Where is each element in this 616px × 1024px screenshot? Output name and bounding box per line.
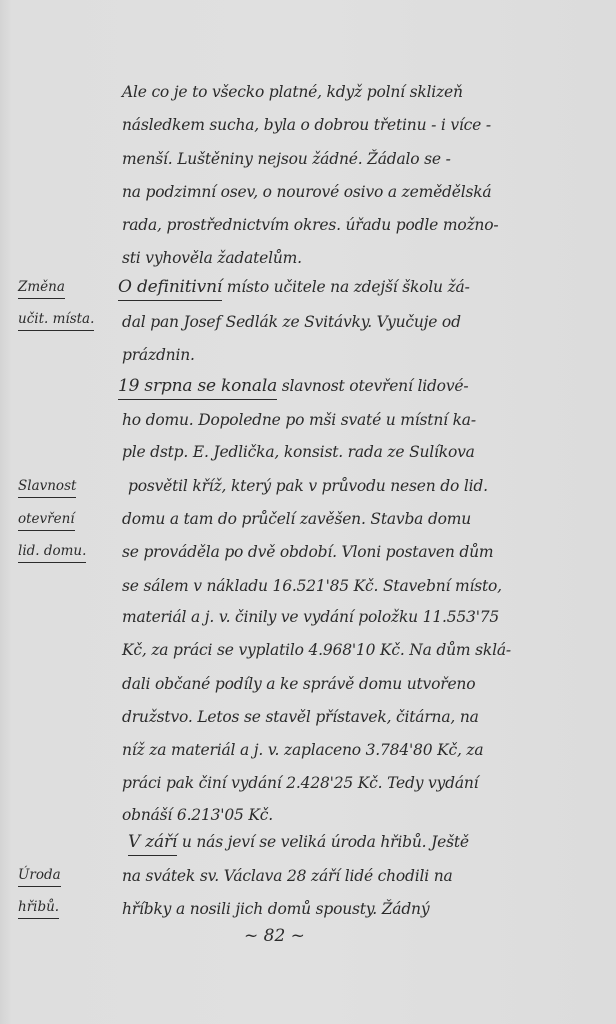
margin-note: Slavnost bbox=[18, 477, 76, 498]
margin-note: Úroda bbox=[18, 866, 61, 887]
margin-note: Změna bbox=[18, 278, 65, 299]
text-line-with-heading: 19 srpna se konala slavnost otevření lid… bbox=[118, 376, 468, 396]
text-line: na svátek sv. Václava 28 září lidé chodi… bbox=[122, 866, 453, 886]
text-continuation: místo učitele na zdejší školu žá- bbox=[222, 278, 470, 296]
text-line: družstvo. Letos se stavěl přístavek, čit… bbox=[122, 707, 479, 727]
page-number: ~ 82 ~ bbox=[244, 926, 305, 946]
text-line: ple dstp. E. Jedlička, konsist. rada ze … bbox=[122, 442, 475, 462]
text-continuation: u nás jeví se veliká úroda hřibů. Ještě bbox=[177, 833, 469, 851]
text-line: Ale co je to všecko platné, když polní s… bbox=[122, 82, 463, 102]
underlined-heading: 19 srpna se konala bbox=[118, 376, 277, 400]
text-line: na podzimní osev, o nourové osivo a země… bbox=[122, 182, 491, 202]
text-line: domu a tam do průčelí zavěšen. Stavba do… bbox=[122, 509, 471, 529]
margin-note: lid. domu. bbox=[18, 542, 86, 563]
text-line: sti vyhověla žadatelům. bbox=[122, 248, 302, 268]
text-line: menší. Luštěniny nejsou žádné. Žádalo se… bbox=[122, 149, 451, 169]
text-continuation: slavnost otevření lidové- bbox=[277, 377, 468, 395]
text-line-with-heading: V září u nás jeví se veliká úroda hřibů.… bbox=[128, 832, 469, 852]
text-line-with-heading: O definitivní místo učitele na zdejší šk… bbox=[118, 277, 470, 297]
text-line: se prováděla po dvě období. Vloni postav… bbox=[122, 542, 493, 562]
margin-note: hřibů. bbox=[18, 898, 59, 919]
text-line: následkem sucha, byla o dobrou třetinu -… bbox=[122, 115, 491, 135]
text-line: Kč, za práci se vyplatilo 4.968'10 Kč. N… bbox=[122, 640, 511, 660]
scanned-page: Ale co je to všecko platné, když polní s… bbox=[0, 0, 616, 1024]
underlined-heading: V září bbox=[128, 832, 177, 856]
text-line: posvětil kříž, který pak v průvodu nesen… bbox=[128, 476, 488, 496]
text-line: se sálem v nákladu 16.521'85 Kč. Stavebn… bbox=[122, 576, 502, 596]
text-line: dali občané podíly a ke správě domu utvo… bbox=[122, 674, 475, 694]
text-line: ho domu. Dopoledne po mši svaté u místní… bbox=[122, 410, 476, 430]
text-line: prázdnin. bbox=[122, 345, 195, 365]
margin-note: otevření bbox=[18, 510, 75, 531]
text-line: níž za materiál a j. v. zaplaceno 3.784'… bbox=[122, 740, 483, 760]
text-line: dal pan Josef Sedlák ze Svitávky. Vyučuj… bbox=[122, 312, 461, 332]
text-line: hříbky a nosili jich domů spousty. Žádný bbox=[122, 899, 429, 919]
text-line: rada, prostřednictvím okres. úřadu podle… bbox=[122, 215, 498, 235]
text-line: práci pak činí vydání 2.428'25 Kč. Tedy … bbox=[122, 773, 478, 793]
text-line: materiál a j. v. činily ve vydání položk… bbox=[122, 607, 499, 627]
text-line: obnáší 6.213'05 Kč. bbox=[122, 805, 273, 825]
underlined-heading: O definitivní bbox=[118, 277, 222, 301]
margin-note: učit. místa. bbox=[18, 310, 94, 331]
